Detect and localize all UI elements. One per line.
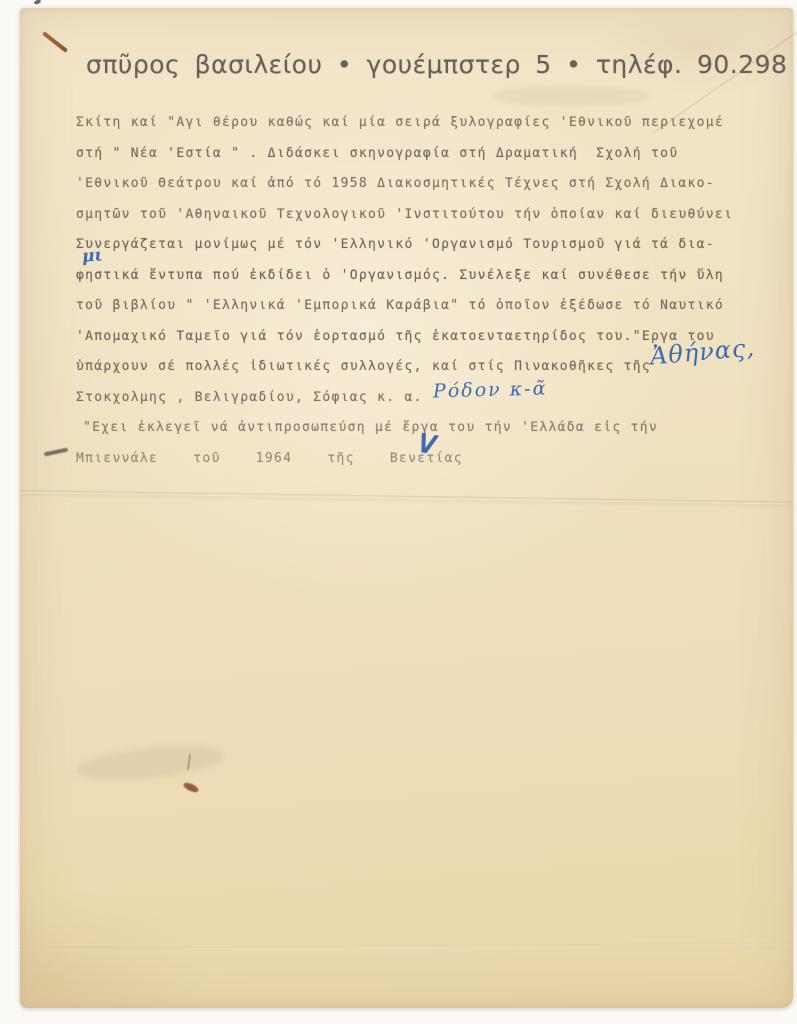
handwritten-insertion-mi: μι <box>81 245 103 266</box>
ink-smudge <box>74 740 226 786</box>
typed-line: στή " Νέα 'Εστία " . Διδάσκει σκηνογραφί… <box>76 139 776 170</box>
margin-pencil-mark <box>44 448 68 456</box>
typed-line: Στοκχολμης , Βελιγραδίου, Σόφιας κ. α. <box>76 383 776 414</box>
typed-body: Σκίτη καί "Αγι θέρου καθώς καί μία σειρά… <box>76 108 776 474</box>
fold-crease-lower <box>20 943 793 950</box>
handwritten-rhodes: Ρόδον κ-ᾶ <box>433 378 548 403</box>
typed-line: Σκίτη καί "Αγι θέρου καθώς καί μία σειρά… <box>76 108 776 139</box>
paper-speck <box>34 0 42 5</box>
document-page: σπῦρος βασιλείου • γουέμπστερ 5 • τηλέφ.… <box>20 8 793 1008</box>
typed-line: σμητῶν τοῦ 'Αθηναικοῦ Τεχνολογικοῦ 'Ινστ… <box>76 200 776 231</box>
typed-line: φηστικά ἔντυπα πού ἐκδίδει ὁ 'Οργανισμός… <box>76 261 776 292</box>
rust-stain <box>182 781 199 794</box>
rust-scratch <box>42 31 68 53</box>
fold-crease <box>20 490 793 504</box>
ink-smudge <box>490 86 650 106</box>
typed-line: Συνεργάζεται μονίμως μέ τόν 'Ελληνικό 'Ο… <box>76 230 776 261</box>
letterhead: σπῦρος βασιλείου • γουέμπστερ 5 • τηλέφ.… <box>86 50 787 79</box>
typed-line: 'Εθνικοῦ Θεάτρου καί ἀπό τό 1958 Διακοσμ… <box>76 169 776 200</box>
typed-line: τοῦ βιβλίου " 'Ελληνικά 'Εμπορικά Καράβι… <box>76 291 776 322</box>
